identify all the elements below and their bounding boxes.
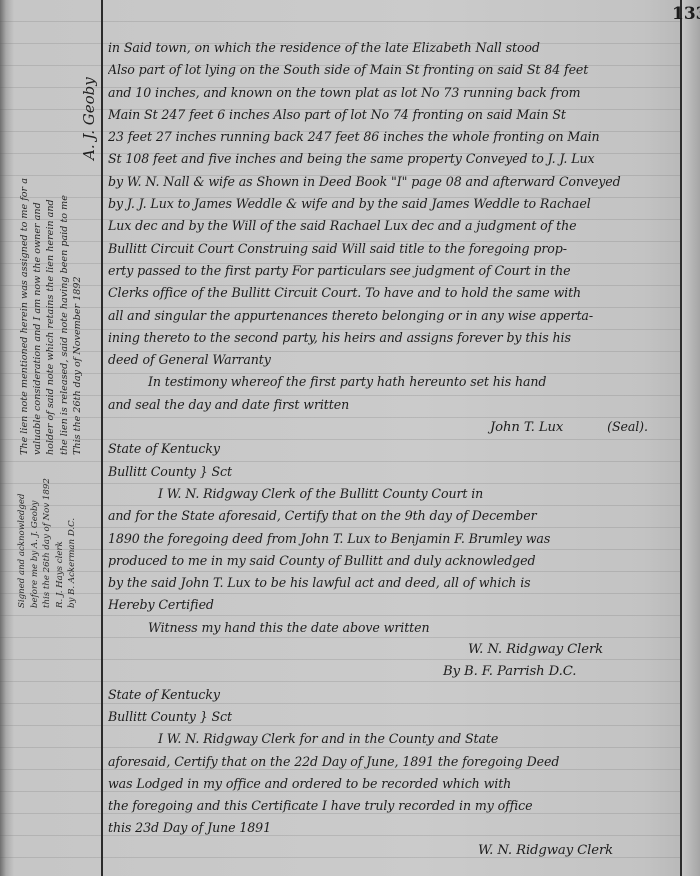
deed-line: by J. J. Lux to James Weddle & wife and … [108,193,680,215]
margin-note-line: by B. Ackerman D.C. [66,478,79,608]
margin-note-line: This the 26th day of November 1892 [71,178,84,455]
margin-note-line: R. J. Hays clerk [54,478,67,608]
deed-line: erty passed to the first party For parti… [108,260,680,282]
cert1-line: by the said John T. Lux to be his lawful… [108,572,680,594]
margin-note-line: holder of said note which retains the li… [44,178,57,455]
margin-note-line: Signed and acknowledged [16,478,29,608]
cert2-clerk-signature: W. N. Ridgway Clerk [108,840,680,862]
margin-note-line: this the 26th day of Nov 1892 [41,478,54,608]
cert2-line: was Lodged in my office and ordered to b… [108,773,680,795]
cert2-state: State of Kentucky [108,684,680,706]
cert1-deputy-signature: By B. F. Parrish D.C. [108,661,680,683]
deed-line: 23 feet 27 inches running back 247 feet … [108,126,680,148]
cert2-county: Bullitt County } Sct [108,706,680,728]
grantor-signature-line: John T. Lux (Seal). [108,416,680,438]
margin-release-note: The lien note mentioned herein was assig… [18,178,84,455]
ledger-page: 133 The lien note mentioned herein was a… [0,0,700,876]
testimony-clause-cont: and seal the day and date first written [108,394,680,416]
grantor-signature: John T. Lux [490,420,563,435]
deed-line: and 10 inches, and known on the town pla… [108,82,680,104]
cert1-line: Hereby Certified [108,594,680,616]
deed-line: St 108 feet and five inches and being th… [108,148,680,170]
page-number: 133 [672,4,700,24]
deed-line: deed of General Warranty [108,349,680,371]
margin-rule-left [101,0,103,876]
deed-body: in Said town, on which the residence of … [108,37,680,862]
seal-mark: (Seal). [567,419,648,434]
margin-acknowledgment-note: Signed and acknowledged before me by A. … [16,478,79,608]
cert2-line: I W. N. Ridgway Clerk for and in the Cou… [108,728,680,750]
deed-line: Also part of lot lying on the South side… [108,59,680,81]
deed-line: Bullitt Circuit Court Construing said Wi… [108,238,680,260]
deed-line: ining thereto to the second party, his h… [108,327,680,349]
cert1-state: State of Kentucky [108,438,680,460]
deed-line: Main St 247 feet 6 inches Also part of l… [108,104,680,126]
cert1-line: and for the State aforesaid, Certify tha… [108,505,680,527]
margin-note-line: the lien is released, said note having b… [58,178,71,455]
deed-line: by W. N. Nall & wife as Shown in Deed Bo… [108,171,680,193]
deed-line: Clerks office of the Bullitt Circuit Cou… [108,282,680,304]
cert1-county: Bullitt County } Sct [108,461,680,483]
page-edge [682,0,700,876]
deed-line: all and singular the appurtenances there… [108,305,680,327]
cert2-line: aforesaid, Certify that on the 22d Day o… [108,751,680,773]
margin-note-line: valuable consideration and I am now the … [31,178,44,455]
testimony-clause: In testimony whereof the first party hat… [108,371,680,393]
cert2-line: this 23d Day of June 1891 [108,817,680,839]
margin-note-line: before me by A. J. Geoby [29,478,42,608]
cert1-clerk-signature: W. N. Ridgway Clerk [108,639,680,661]
cert1-witness: Witness my hand this the date above writ… [108,617,680,639]
margin-release-signature: A. J. Geoby [80,77,98,160]
cert1-line: produced to me in my said County of Bull… [108,550,680,572]
margin-note-line: The lien note mentioned herein was assig… [18,178,31,455]
deed-line: in Said town, on which the residence of … [108,37,680,59]
cert2-line: the foregoing and this Certificate I hav… [108,795,680,817]
deed-line: Lux dec and by the Will of the said Rach… [108,215,680,237]
cert1-line: 1890 the foregoing deed from John T. Lux… [108,528,680,550]
cert1-line: I W. N. Ridgway Clerk of the Bullitt Cou… [108,483,680,505]
